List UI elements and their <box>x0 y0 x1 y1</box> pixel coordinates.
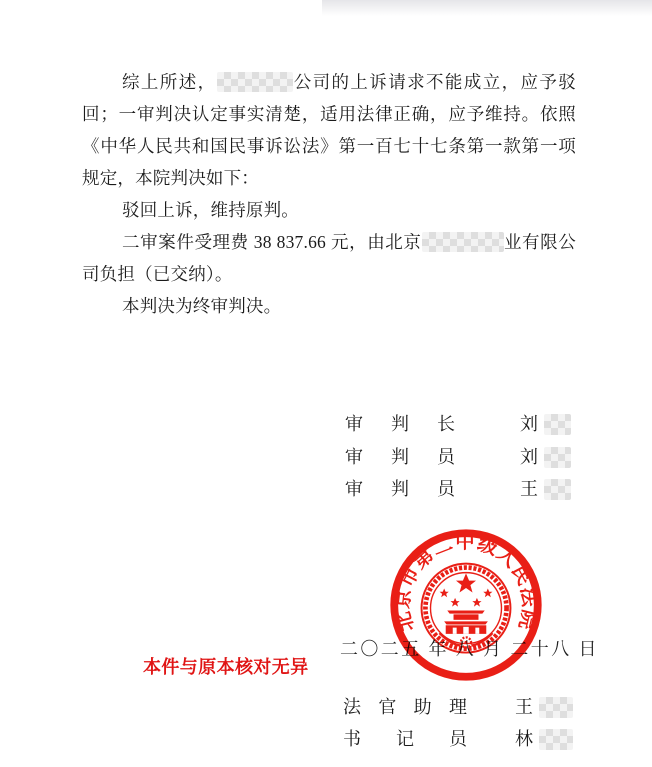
paragraph-conclusion: 综上所述，公司的上诉请求不能成立，应予驳回；一审判决认定事实清楚，适用法律正确，… <box>82 66 576 194</box>
judge-name: 王 <box>520 478 571 501</box>
judge-title: 审判员 <box>345 478 455 501</box>
judge-name: 刘 <box>520 413 571 436</box>
paragraph-court-fee: 二审案件受理费 38 837.66 元，由北京业有限公司负担（已交纳）。 <box>82 226 576 290</box>
staff-title: 书记员 <box>343 728 467 751</box>
paragraph-final-statement: 本判决为终审判决。 <box>82 290 576 322</box>
judge-row-presiding: 审判长 刘 <box>345 413 455 436</box>
redaction-mosaic <box>544 447 571 468</box>
judgment-document-page: 综上所述，公司的上诉请求不能成立，应予驳回；一审判决认定事实清楚，适用法律正确，… <box>0 0 652 767</box>
verification-stamp-text: 本件与原本核对无异 <box>143 653 309 679</box>
judge-title: 审判长 <box>345 413 455 436</box>
staff-name: 林 <box>515 728 573 751</box>
staff-surname: 林 <box>515 728 533 751</box>
staff-surname: 王 <box>515 696 533 719</box>
staff-name: 王 <box>515 696 573 719</box>
redaction-mosaic <box>539 697 573 718</box>
redaction-mosaic <box>544 479 571 500</box>
fee-text-before: 二审案件受理费 38 837.66 元，由北京 <box>122 232 422 252</box>
judge-surname: 王 <box>520 478 538 501</box>
judge-surname: 刘 <box>520 446 538 469</box>
judgment-body: 综上所述，公司的上诉请求不能成立，应予驳回；一审判决认定事实清楚，适用法律正确，… <box>82 66 576 322</box>
staff-row-assistant: 法官助理 王 <box>343 696 467 719</box>
national-emblem <box>422 564 511 653</box>
redaction-mosaic <box>539 729 573 750</box>
judge-name: 刘 <box>520 446 571 469</box>
redaction-mosaic <box>217 72 293 92</box>
scan-corner-shade <box>322 0 652 16</box>
staff-row-clerk: 书记员 林 <box>343 728 467 751</box>
judge-row-member-2: 审判员 王 <box>345 478 455 501</box>
paragraph-ruling: 驳回上诉，维持原判。 <box>82 194 576 226</box>
redaction-mosaic <box>544 414 571 435</box>
judge-row-member-1: 审判员 刘 <box>345 446 455 469</box>
judge-surname: 刘 <box>520 413 538 436</box>
emblem-tiananmen <box>444 610 488 633</box>
conclusion-text-before: 综上所述， <box>122 72 217 92</box>
judge-title: 审判员 <box>345 446 455 469</box>
staff-title: 法官助理 <box>343 696 467 719</box>
court-seal: 北京市第二中级人民法院 <box>388 527 544 683</box>
redaction-mosaic <box>422 232 504 252</box>
